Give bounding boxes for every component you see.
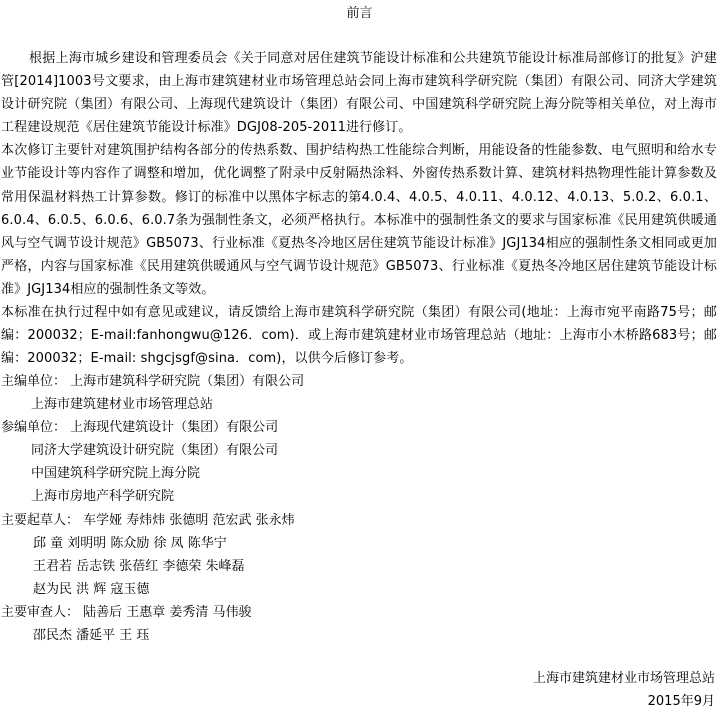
footer-organization: 上海市建筑建材业市场管理总站 (533, 667, 715, 690)
main-drafters-names: 车学娅 寿炜炜 张德明 范宏武 张永炜 (83, 513, 295, 528)
participating-editor-label: 参编单位： (1, 420, 66, 435)
main-drafters-row: 主要起草人： 车学娅 寿炜炜 张德明 范宏武 张永炜 (1, 509, 717, 532)
participating-editor-unit: 上海市房地产科学研究院 (1, 485, 717, 508)
preface-body: 根据上海市城乡建设和管理委员会《关于同意对居住建筑节能设计标准和公共建筑节能设计… (1, 47, 717, 370)
main-drafters-names: 邱 童 刘明明 陈众励 徐 凤 陈华宁 (1, 532, 717, 555)
paragraph-revision-scope: 本次修订主要针对建筑围护结构各部分的传热系数、围护结构热工性能综合判断，用能设备… (1, 139, 717, 301)
chief-editor-unit: 上海市建筑建材业市场管理总站 (1, 393, 717, 416)
chief-editor-label: 主编单位： (1, 374, 66, 389)
signature-block: 上海市建筑建材业市场管理总站 2015年9月 (533, 667, 715, 710)
chief-editor-row: 主编单位： 上海市建筑科学研究院（集团）有限公司 (1, 370, 717, 393)
main-reviewers-label: 主要审查人： (1, 605, 79, 620)
participating-editor-unit: 上海现代建筑设计（集团）有限公司 (70, 420, 278, 435)
page-title: 前言 (0, 4, 719, 23)
chief-editor-unit: 上海市建筑科学研究院（集团）有限公司 (70, 374, 304, 389)
main-reviewers-names: 陆善后 王惠章 姜秀清 马伟骏 (83, 605, 251, 620)
footer-date: 2015年9月 (533, 690, 715, 710)
main-drafters-label: 主要起草人： (1, 513, 79, 528)
participating-editor-unit: 中国建筑科学研究院上海分院 (1, 462, 717, 485)
participating-editor-row: 参编单位： 上海现代建筑设计（集团）有限公司 (1, 416, 717, 439)
main-drafters-names: 王君若 岳志铁 张蓓红 李德荣 朱峰磊 (1, 555, 717, 578)
main-drafters-names: 赵为民 洪 辉 寇玉德 (1, 578, 717, 601)
credits-section: 主编单位： 上海市建筑科学研究院（集团）有限公司 上海市建筑建材业市场管理总站 … (1, 370, 717, 647)
paragraph-background: 根据上海市城乡建设和管理委员会《关于同意对居住建筑节能设计标准和公共建筑节能设计… (1, 47, 717, 139)
participating-editor-unit: 同济大学建筑设计研究院（集团）有限公司 (1, 439, 717, 462)
paragraph-feedback: 本标准在执行过程中如有意见或建议，请反馈给上海市建筑科学研究院（集团）有限公司(… (1, 301, 717, 370)
main-reviewers-row: 主要审查人： 陆善后 王惠章 姜秀清 马伟骏 (1, 601, 717, 624)
main-reviewers-names: 邵民杰 潘延平 王 珏 (1, 624, 717, 647)
